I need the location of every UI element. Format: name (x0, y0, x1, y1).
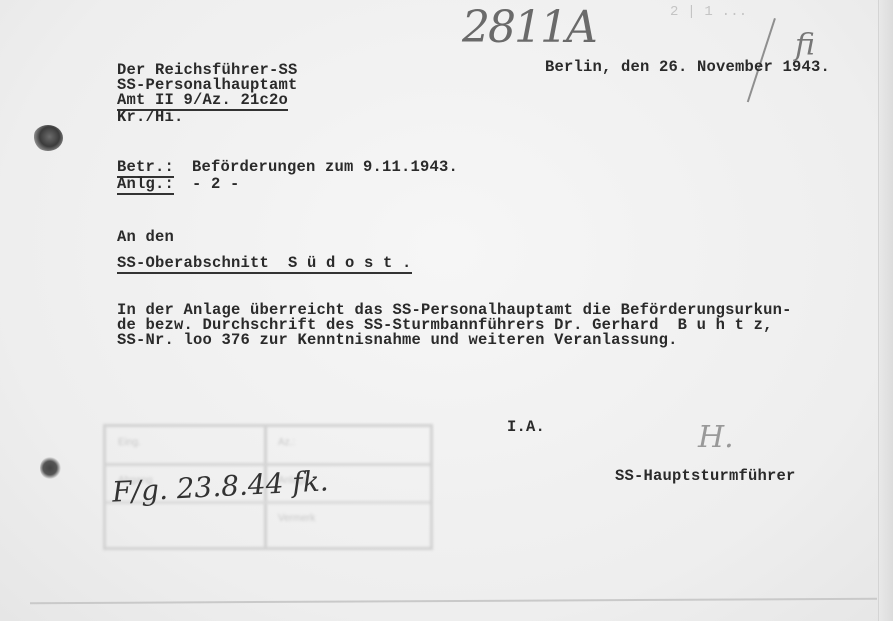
punch-hole-icon (33, 125, 63, 151)
stamp-cell: Vermerk (278, 513, 315, 524)
stamp-cell: Eing. (118, 437, 141, 448)
signature-rank: SS-Hauptsturmführer (615, 469, 796, 484)
signature-prefix: I.A. (507, 420, 545, 435)
signature-initials: H. (698, 420, 734, 455)
recipient-line-1: An den (117, 230, 174, 245)
paper-bottom-edge (30, 598, 877, 604)
enclosure-text: - 2 - (192, 177, 240, 192)
faint-stamp: 2 | 1 ... (670, 5, 747, 20)
recipient-line-2: SS-Oberabschnitt S ü d o s t . (117, 256, 412, 274)
place-date: Berlin, den 26. November 1943. (545, 60, 830, 75)
punch-hole-icon (40, 456, 62, 480)
enclosure-label: Anlg.: (117, 177, 174, 195)
sender-line-4: Kr./Hi. (117, 110, 184, 125)
subject-text: Beförderungen zum 9.11.1943. (192, 160, 458, 175)
body-line-3: SS-Nr. loo 376 zur Kenntnisnahme und wei… (117, 333, 678, 348)
archive-number-handwritten: 2811A (462, 2, 596, 53)
scanned-letter-page: 2811A 2 | 1 ... fi Der Reichsführer-SS S… (0, 0, 893, 621)
stamp-cell: Az.: (278, 437, 295, 448)
paper-edge (878, 0, 893, 621)
